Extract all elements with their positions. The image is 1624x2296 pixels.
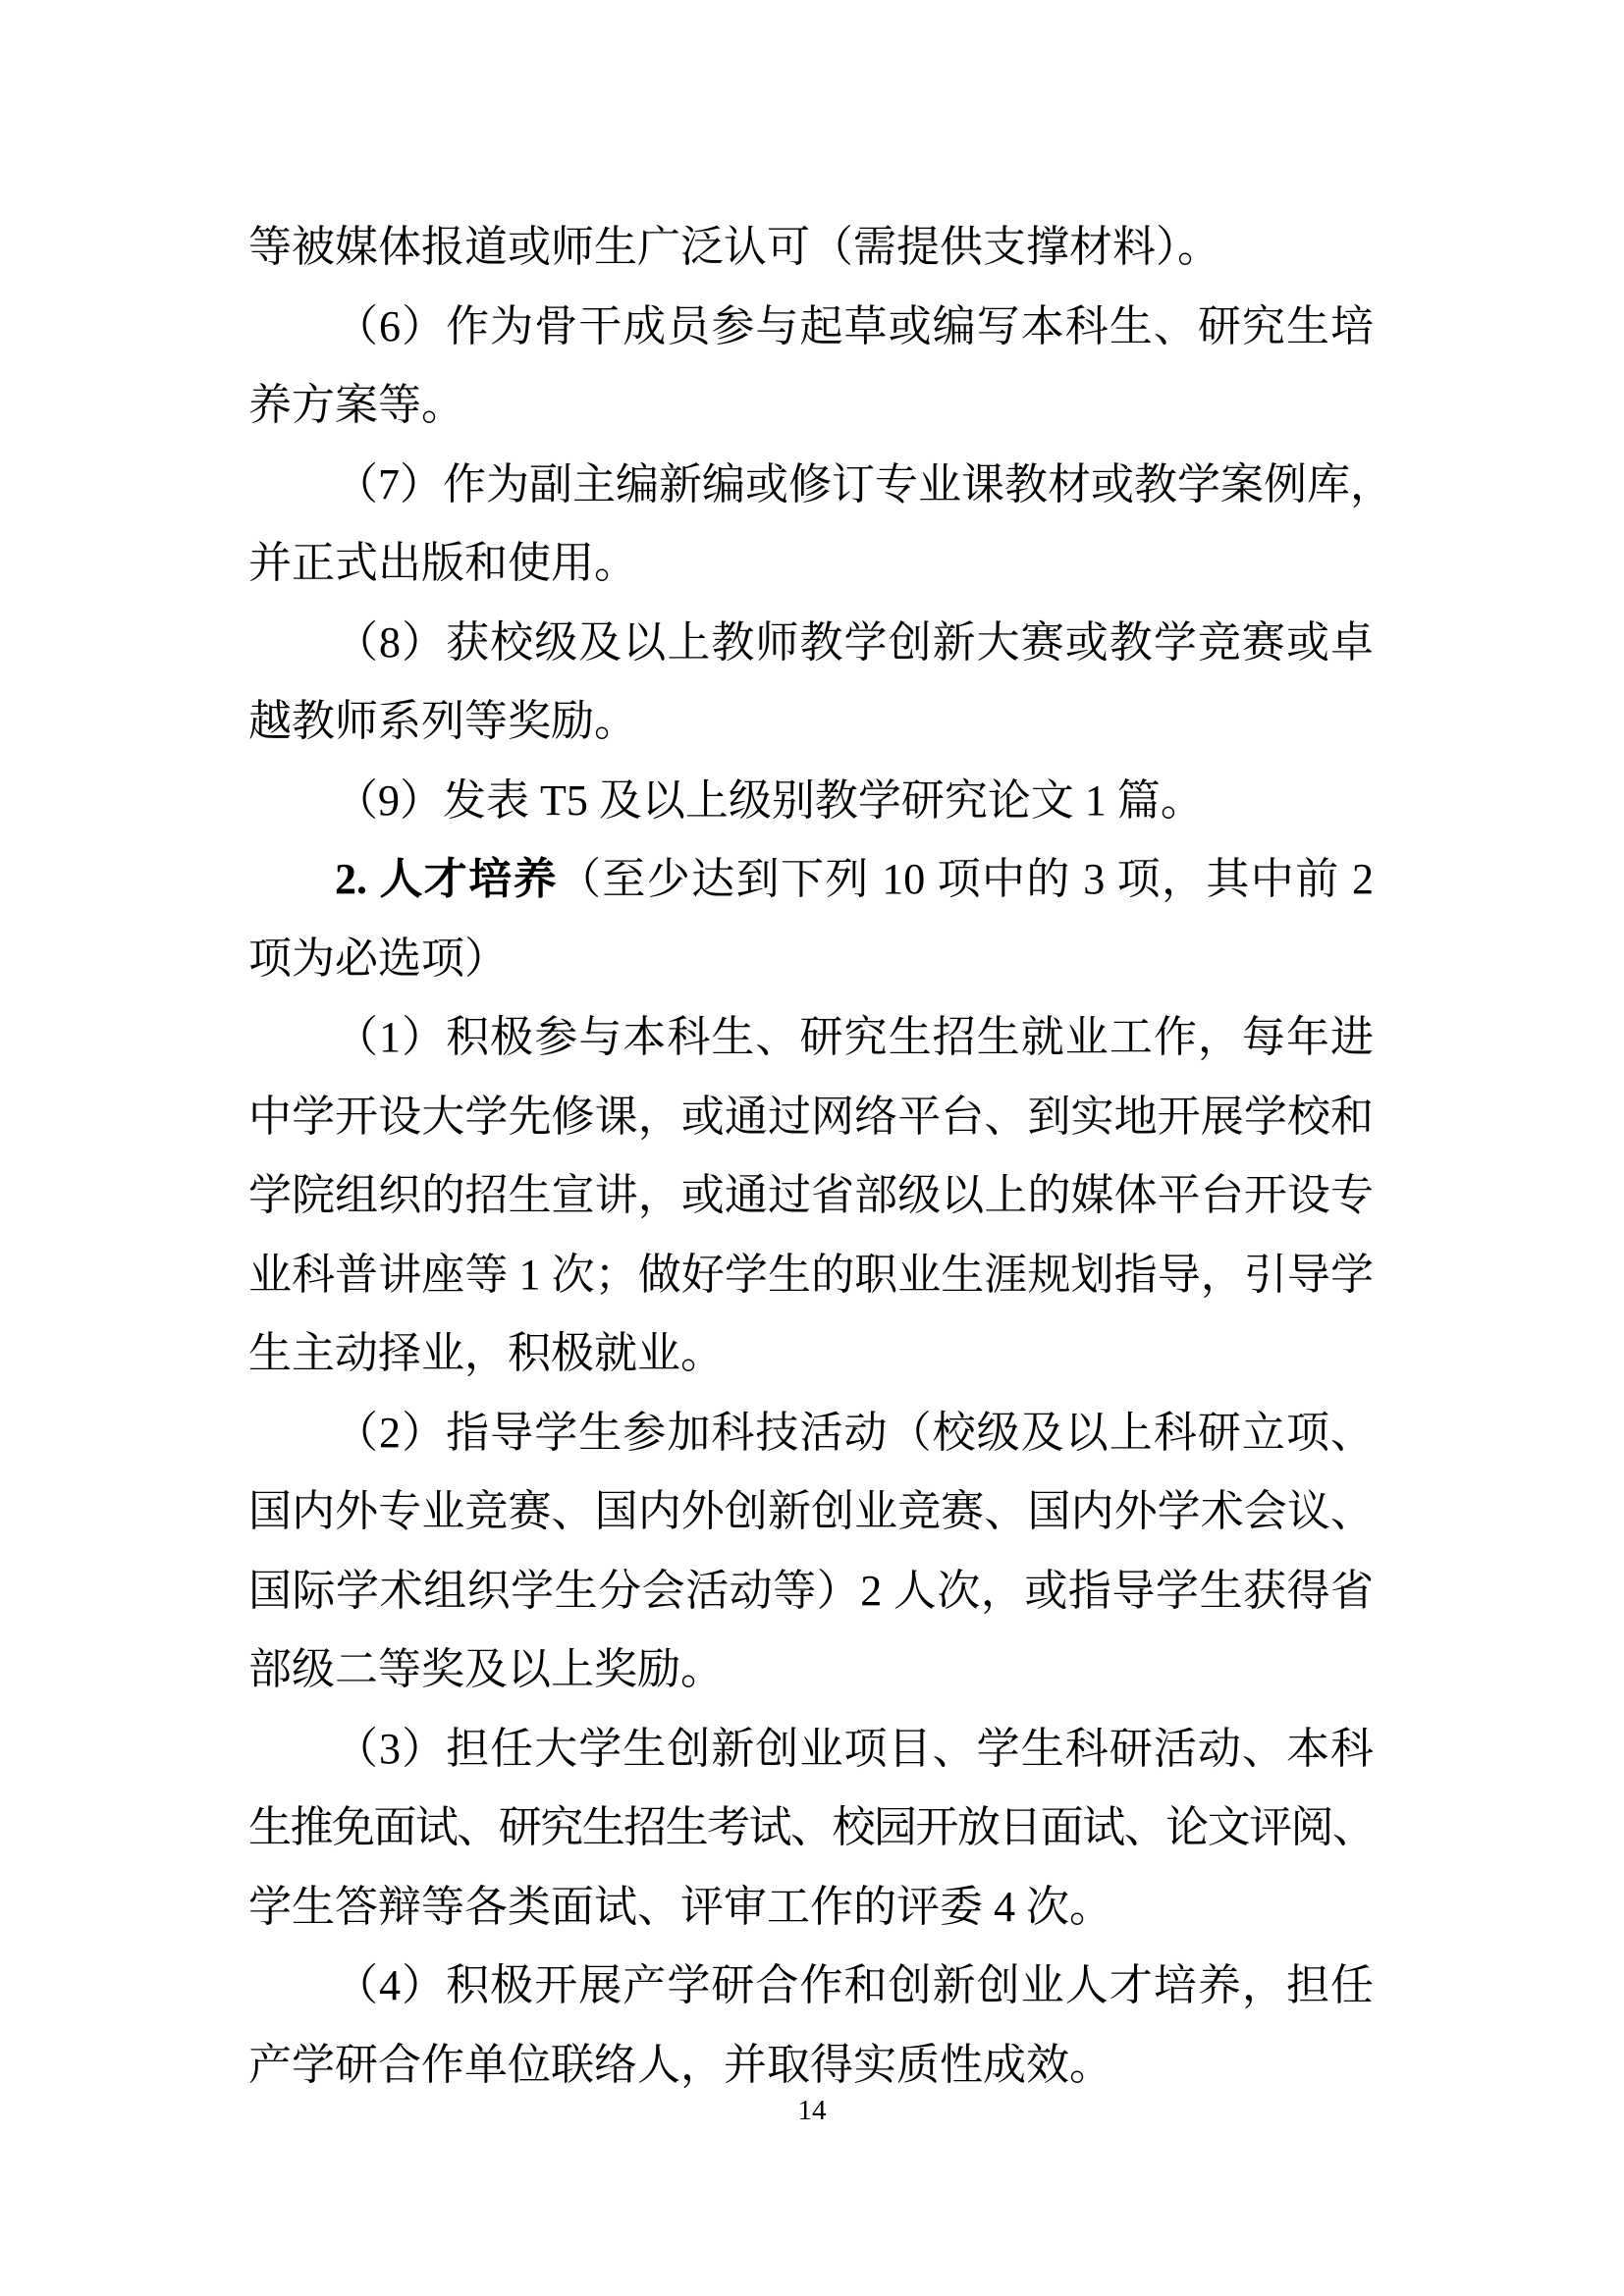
section-heading-label: 2. 人才培养 [335,855,558,903]
doc-line-10: （1）积极参与本科生、研究生招生就业工作，每年进 [248,998,1374,1078]
doc-line-0: 等被媒体报道或师生广泛认可（需提供支撑材料）。 [248,208,1374,288]
doc-line-13: 业科普讲座等 1 次；做好学生的职业生涯规划指导，引导学 [248,1236,1374,1315]
doc-line-15: （2）指导学生参加科技活动（校级及以上科研立项、 [248,1394,1374,1473]
doc-line-18: 部级二等奖及以上奖励。 [248,1630,1374,1710]
doc-line-7: （9）发表 T5 及以上级别教学研究论文 1 篇。 [248,762,1374,841]
doc-line-3: （7）作为副主编新编或修订专业课教材或教学案例库， [248,446,1374,525]
doc-line-19: （3）担任大学生创新创业项目、学生科研活动、本科 [248,1710,1374,1789]
doc-line-1: （6）作为骨干成员参与起草或编写本科生、研究生培 [248,288,1374,367]
doc-line-21: 学生答辩等各类面试、评审工作的评委 4 次。 [248,1868,1374,1948]
doc-line-5: （8）获校级及以上教师教学创新大赛或教学竞赛或卓 [248,604,1374,683]
page-number: 14 [0,2093,1624,2128]
section-heading-rest: （至少达到下列 10 项中的 3 项，其中前 2 [558,855,1374,903]
document-body-text: 等被媒体报道或师生广泛认可（需提供支撑材料）。 （6）作为骨干成员参与起草或编写… [248,208,1374,2105]
doc-line-2: 养方案等。 [248,366,1374,446]
doc-line-16: 国内外专业竞赛、国内外创新创业竞赛、国内外学术会议、 [248,1472,1374,1552]
doc-line-22: （4）积极开展产学研合作和创新创业人才培养，担任 [248,1947,1374,2026]
document-page: { "document": { "text_color": "#000000",… [0,0,1624,2296]
doc-line-9: 项为必选项） [248,920,1374,999]
doc-line-12: 学院组织的招生宣讲，或通过省部级以上的媒体平台开设专 [248,1156,1374,1236]
doc-line-6: 越教师系列等奖励。 [248,682,1374,762]
doc-line-8-heading: 2. 人才培养（至少达到下列 10 项中的 3 项，其中前 2 [248,840,1374,920]
doc-line-17: 国际学术组织学生分会活动等）2 人次，或指导学生获得省 [248,1552,1374,1631]
doc-line-14: 生主动择业，积极就业。 [248,1314,1374,1394]
doc-line-20: 生推免面试、研究生招生考试、校园开放日面试、论文评阅、 [248,1789,1374,1868]
doc-line-4: 并正式出版和使用。 [248,524,1374,604]
doc-line-11: 中学开设大学先修课，或通过网络平台、到实地开展学校和 [248,1078,1374,1157]
